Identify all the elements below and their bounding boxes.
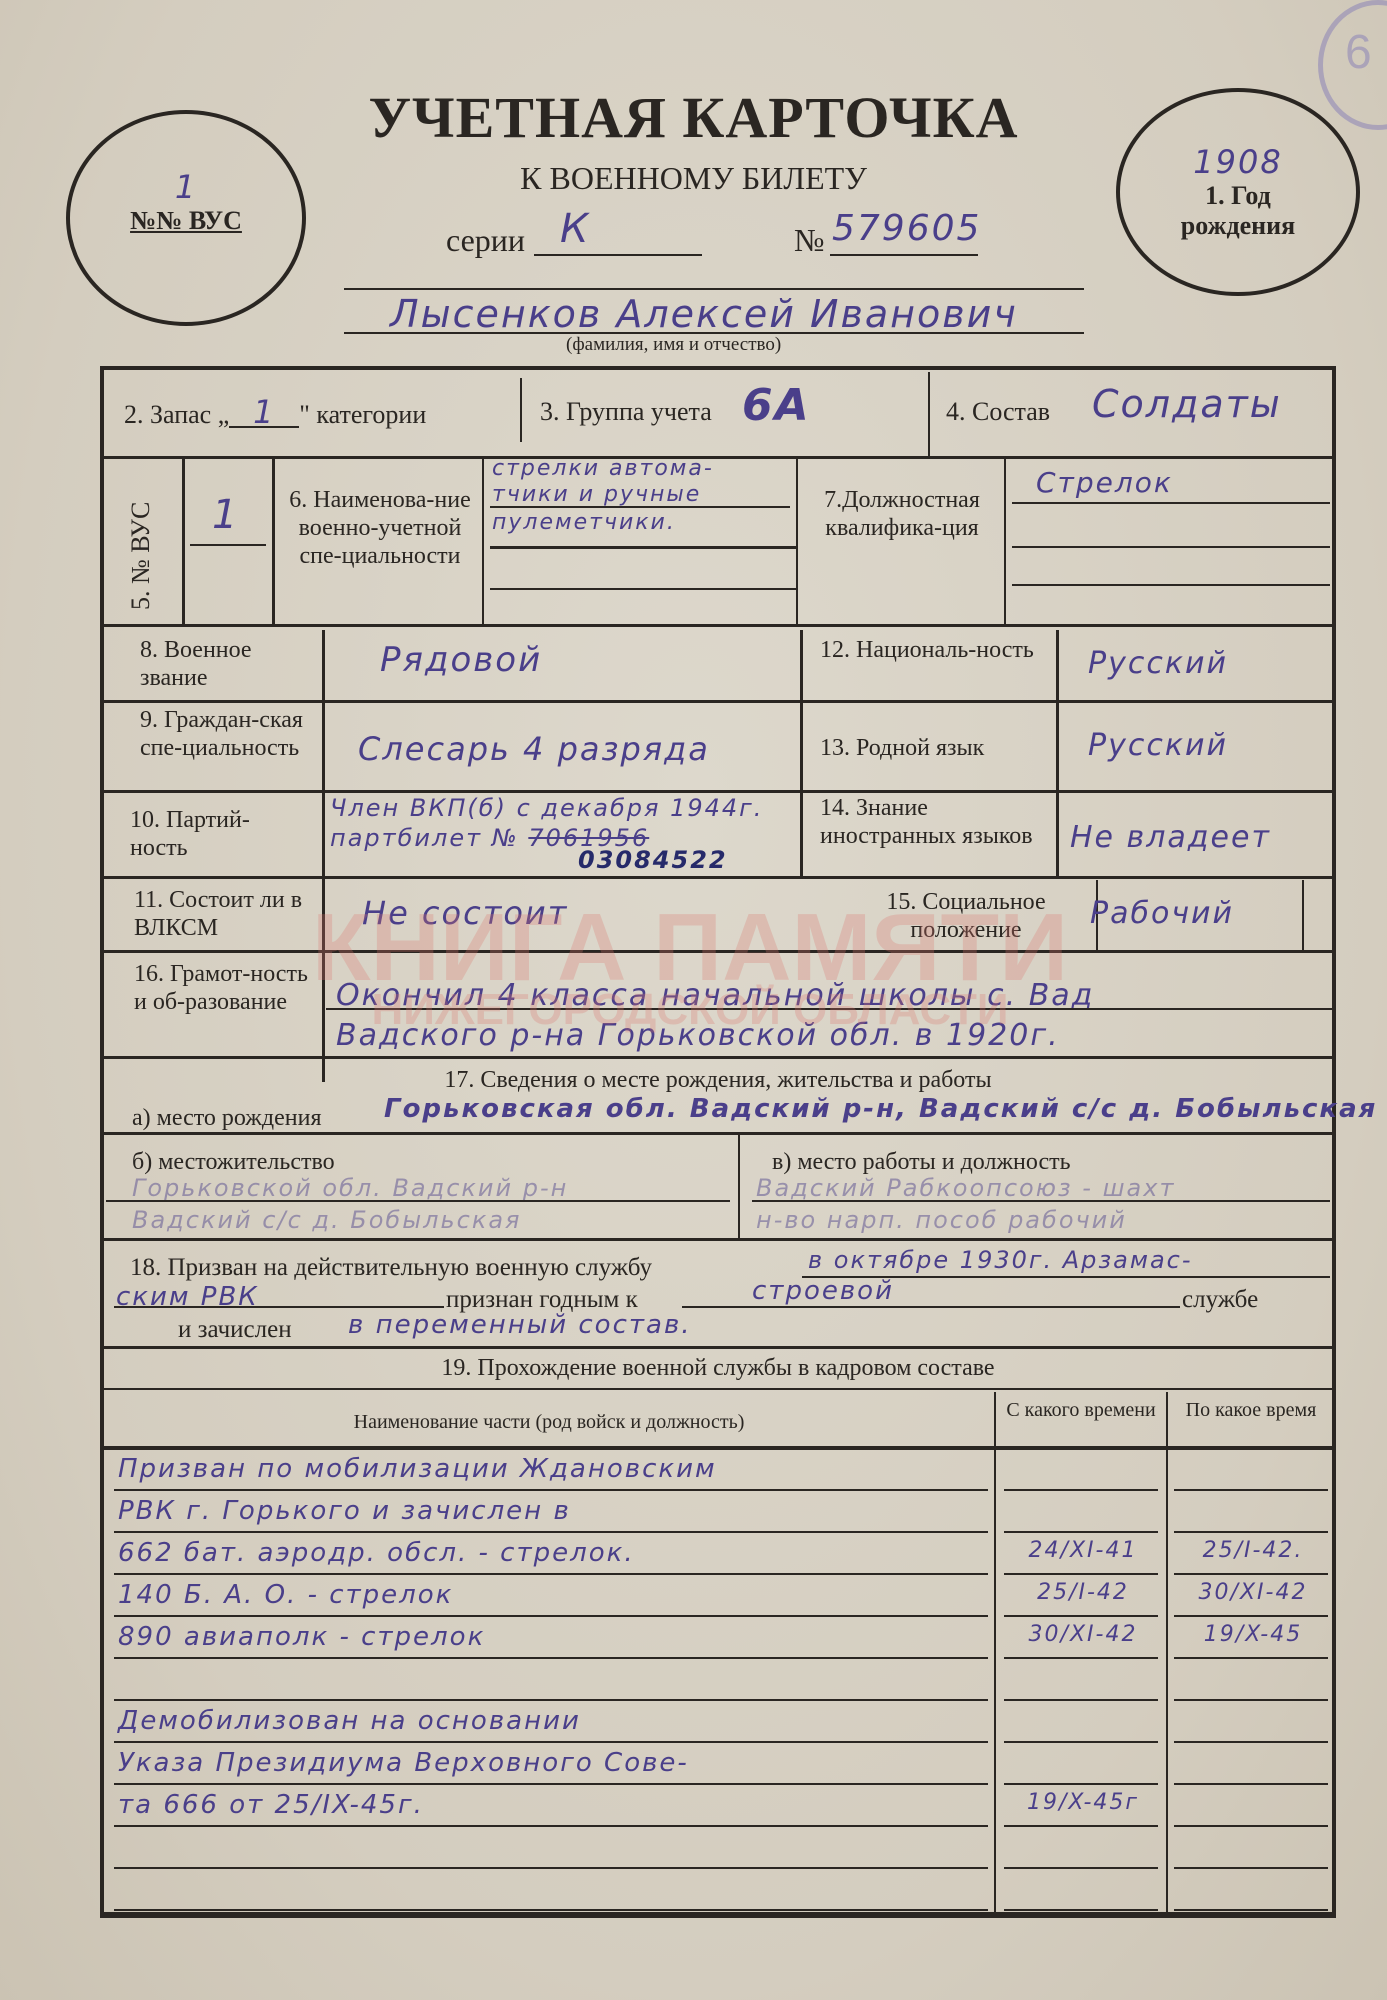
komsomol-value: Не состоит — [362, 894, 568, 932]
residence-line-1: Горьковской обл. Вадский р-н — [132, 1174, 568, 1202]
work-line-1: Вадский Рабкоопсоюз - шахт — [756, 1174, 1175, 1202]
nationality-value: Русский — [1088, 646, 1228, 681]
military-rank-value: Рядовой — [380, 640, 542, 680]
party-card-number: 03084522 — [578, 846, 728, 874]
table-row: та 666 от 25/IX-45г.19/X-45г — [104, 1786, 1332, 1828]
ticket-number: 579605 — [832, 208, 981, 249]
section-17-title: 17. Сведения о месте рождения, жительств… — [104, 1066, 1332, 1094]
service-from-cell: 24/XI-41 — [1008, 1538, 1158, 1563]
table-row: РВК г. Горького и зачислен в — [104, 1492, 1332, 1534]
enlisted-label: и зачислен — [178, 1316, 292, 1344]
table-row — [104, 1870, 1332, 1912]
party-label: 10. Партий-ность — [130, 806, 300, 862]
native-language-value: Русский — [1088, 728, 1228, 763]
specialty-line-1: стрелки автома- — [492, 456, 714, 481]
birthplace-label: а) место рождения — [132, 1104, 321, 1132]
service-unit-cell: Демобилизован на основании — [118, 1706, 988, 1736]
service-to-cell: 30/XI-42 — [1178, 1580, 1328, 1605]
table-row: 890 авиаполк - стрелок30/XI-4219/X-45 — [104, 1618, 1332, 1660]
service-from-cell: 30/XI-42 — [1008, 1622, 1158, 1647]
qualification-value: Стрелок — [1036, 466, 1173, 499]
staff-label: 4. Состав — [946, 398, 1050, 426]
card-title: УЧЕТНАЯ КАРТОЧКА — [0, 84, 1387, 151]
education-line-2: Вадского р-на Горьковской обл. в 1920г. — [336, 1018, 1060, 1053]
birthplace-value: Горьковская обл. Вадский р-н, Вадский с/… — [384, 1094, 1377, 1124]
conscription-label: 18. Призван на действительную военную сл… — [130, 1254, 652, 1282]
stamp-mark: 6 — [1345, 25, 1372, 80]
reserve-label: 2. Запас „1" категории — [124, 398, 426, 429]
service-from-cell: 19/X-45г — [1008, 1790, 1158, 1815]
table-row — [104, 1660, 1332, 1702]
table-row: Указа Президиума Верховного Сове- — [104, 1744, 1332, 1786]
enlisted-value: в переменный состав. — [348, 1310, 692, 1340]
native-language-label: 13. Родной язык — [820, 734, 1050, 762]
foreign-languages-value: Не владеет — [1070, 820, 1271, 855]
specialty-line-3: пулеметчики. — [492, 510, 676, 535]
specialty-label: 6. Наименова-ние военно-учетной спе-циал… — [280, 486, 480, 570]
civil-specialty-label: 9. Граждан-ская спе-циальность — [140, 706, 310, 762]
komsomol-label: 11. Состоит ли в ВЛКСМ — [134, 886, 314, 942]
specialty-line-2: тчики и ручные — [492, 482, 701, 507]
staff-value: Солдаты — [1092, 382, 1282, 426]
vus-circle-label: №№ ВУС — [130, 206, 242, 239]
service-unit-cell: 140 Б. А. О. - стрелок — [118, 1580, 988, 1610]
table-row: Призван по мобилизации Ждановским — [104, 1450, 1332, 1492]
social-status-value: Рабочий — [1090, 896, 1234, 931]
table-row: Демобилизован на основании — [104, 1702, 1332, 1744]
service-unit-cell: Призван по мобилизации Ждановским — [118, 1454, 988, 1484]
col-header-from: С какого времени — [1006, 1396, 1156, 1424]
qualification-label: 7.Должностная квалифика-ция — [804, 486, 1000, 542]
service-unit-cell: Указа Президиума Верховного Сове- — [118, 1748, 988, 1778]
service-label: службе — [1182, 1286, 1258, 1314]
work-line-2: н-во нарп. пособ рабочий — [756, 1206, 1127, 1234]
service-unit-cell: та 666 от 25/IX-45г. — [118, 1790, 988, 1820]
residence-label: б) местожительство — [132, 1148, 335, 1176]
birth-year-label-2: рождения — [1181, 211, 1295, 241]
service-to-cell: 25/I-42. — [1178, 1538, 1328, 1563]
group-label: 3. Группа учета — [540, 398, 712, 426]
group-value: 6А — [742, 380, 811, 431]
reserve-category-value: 1 — [229, 398, 299, 428]
full-name-caption: (фамилия, имя и отчество) — [566, 334, 781, 356]
series-value: К — [560, 206, 590, 252]
civil-specialty-value: Слесарь 4 разряда — [358, 730, 710, 768]
service-to-cell: 19/X-45 — [1178, 1622, 1328, 1647]
table-row — [104, 1828, 1332, 1870]
col-header-to: По какое время — [1176, 1396, 1326, 1424]
number-label: № — [794, 222, 825, 259]
work-label: в) место работы и должность — [772, 1148, 1071, 1176]
table-row: 662 бат. аэродр. обсл. - стрелок.24/XI-4… — [104, 1534, 1332, 1576]
nationality-label: 12. Националь-ность — [820, 636, 1040, 664]
vus-number-label: 5. № ВУС — [126, 502, 156, 610]
vus-number-value: 1 — [212, 492, 239, 538]
table-row: 140 Б. А. О. - стрелок25/I-4230/XI-42 — [104, 1576, 1332, 1618]
section-19-title: 19. Прохождение военной службы в кадрово… — [104, 1354, 1332, 1382]
fitness-value: строевой — [752, 1276, 894, 1306]
education-label: 16. Грамот-ность и об-разование — [134, 960, 314, 1016]
service-from-cell: 25/I-42 — [1008, 1580, 1158, 1605]
full-name: Лысенков Алексей Иванович — [390, 292, 1018, 336]
col-header-unit: Наименование части (род войск и должност… — [104, 1408, 994, 1436]
service-unit-cell: 890 авиаполк - стрелок — [118, 1622, 988, 1652]
residence-line-2: Вадский с/с д. Бобыльская — [132, 1206, 521, 1234]
service-unit-cell: 662 бат. аэродр. обсл. - стрелок. — [118, 1538, 988, 1568]
social-status-label: 15. Социальное положение — [846, 888, 1086, 944]
service-unit-cell: РВК г. Горького и зачислен в — [118, 1496, 988, 1526]
record-card-page: 6 1 №№ ВУС 1908 1. Год рождения УЧЕТНАЯ … — [0, 0, 1387, 2000]
foreign-languages-label: 14. Знание иностранных языков — [820, 794, 1040, 850]
party-value-line-1: Член ВКП(б) с декабря 1944г. — [330, 794, 763, 822]
card-subtitle: К ВОЕННОМУ БИЛЕТУ — [0, 160, 1387, 197]
conscription-value-1: в октябре 1930г. Арзамас- — [808, 1246, 1193, 1274]
military-rank-label: 8. Военное звание — [140, 636, 310, 692]
series-label: серии — [446, 222, 525, 259]
